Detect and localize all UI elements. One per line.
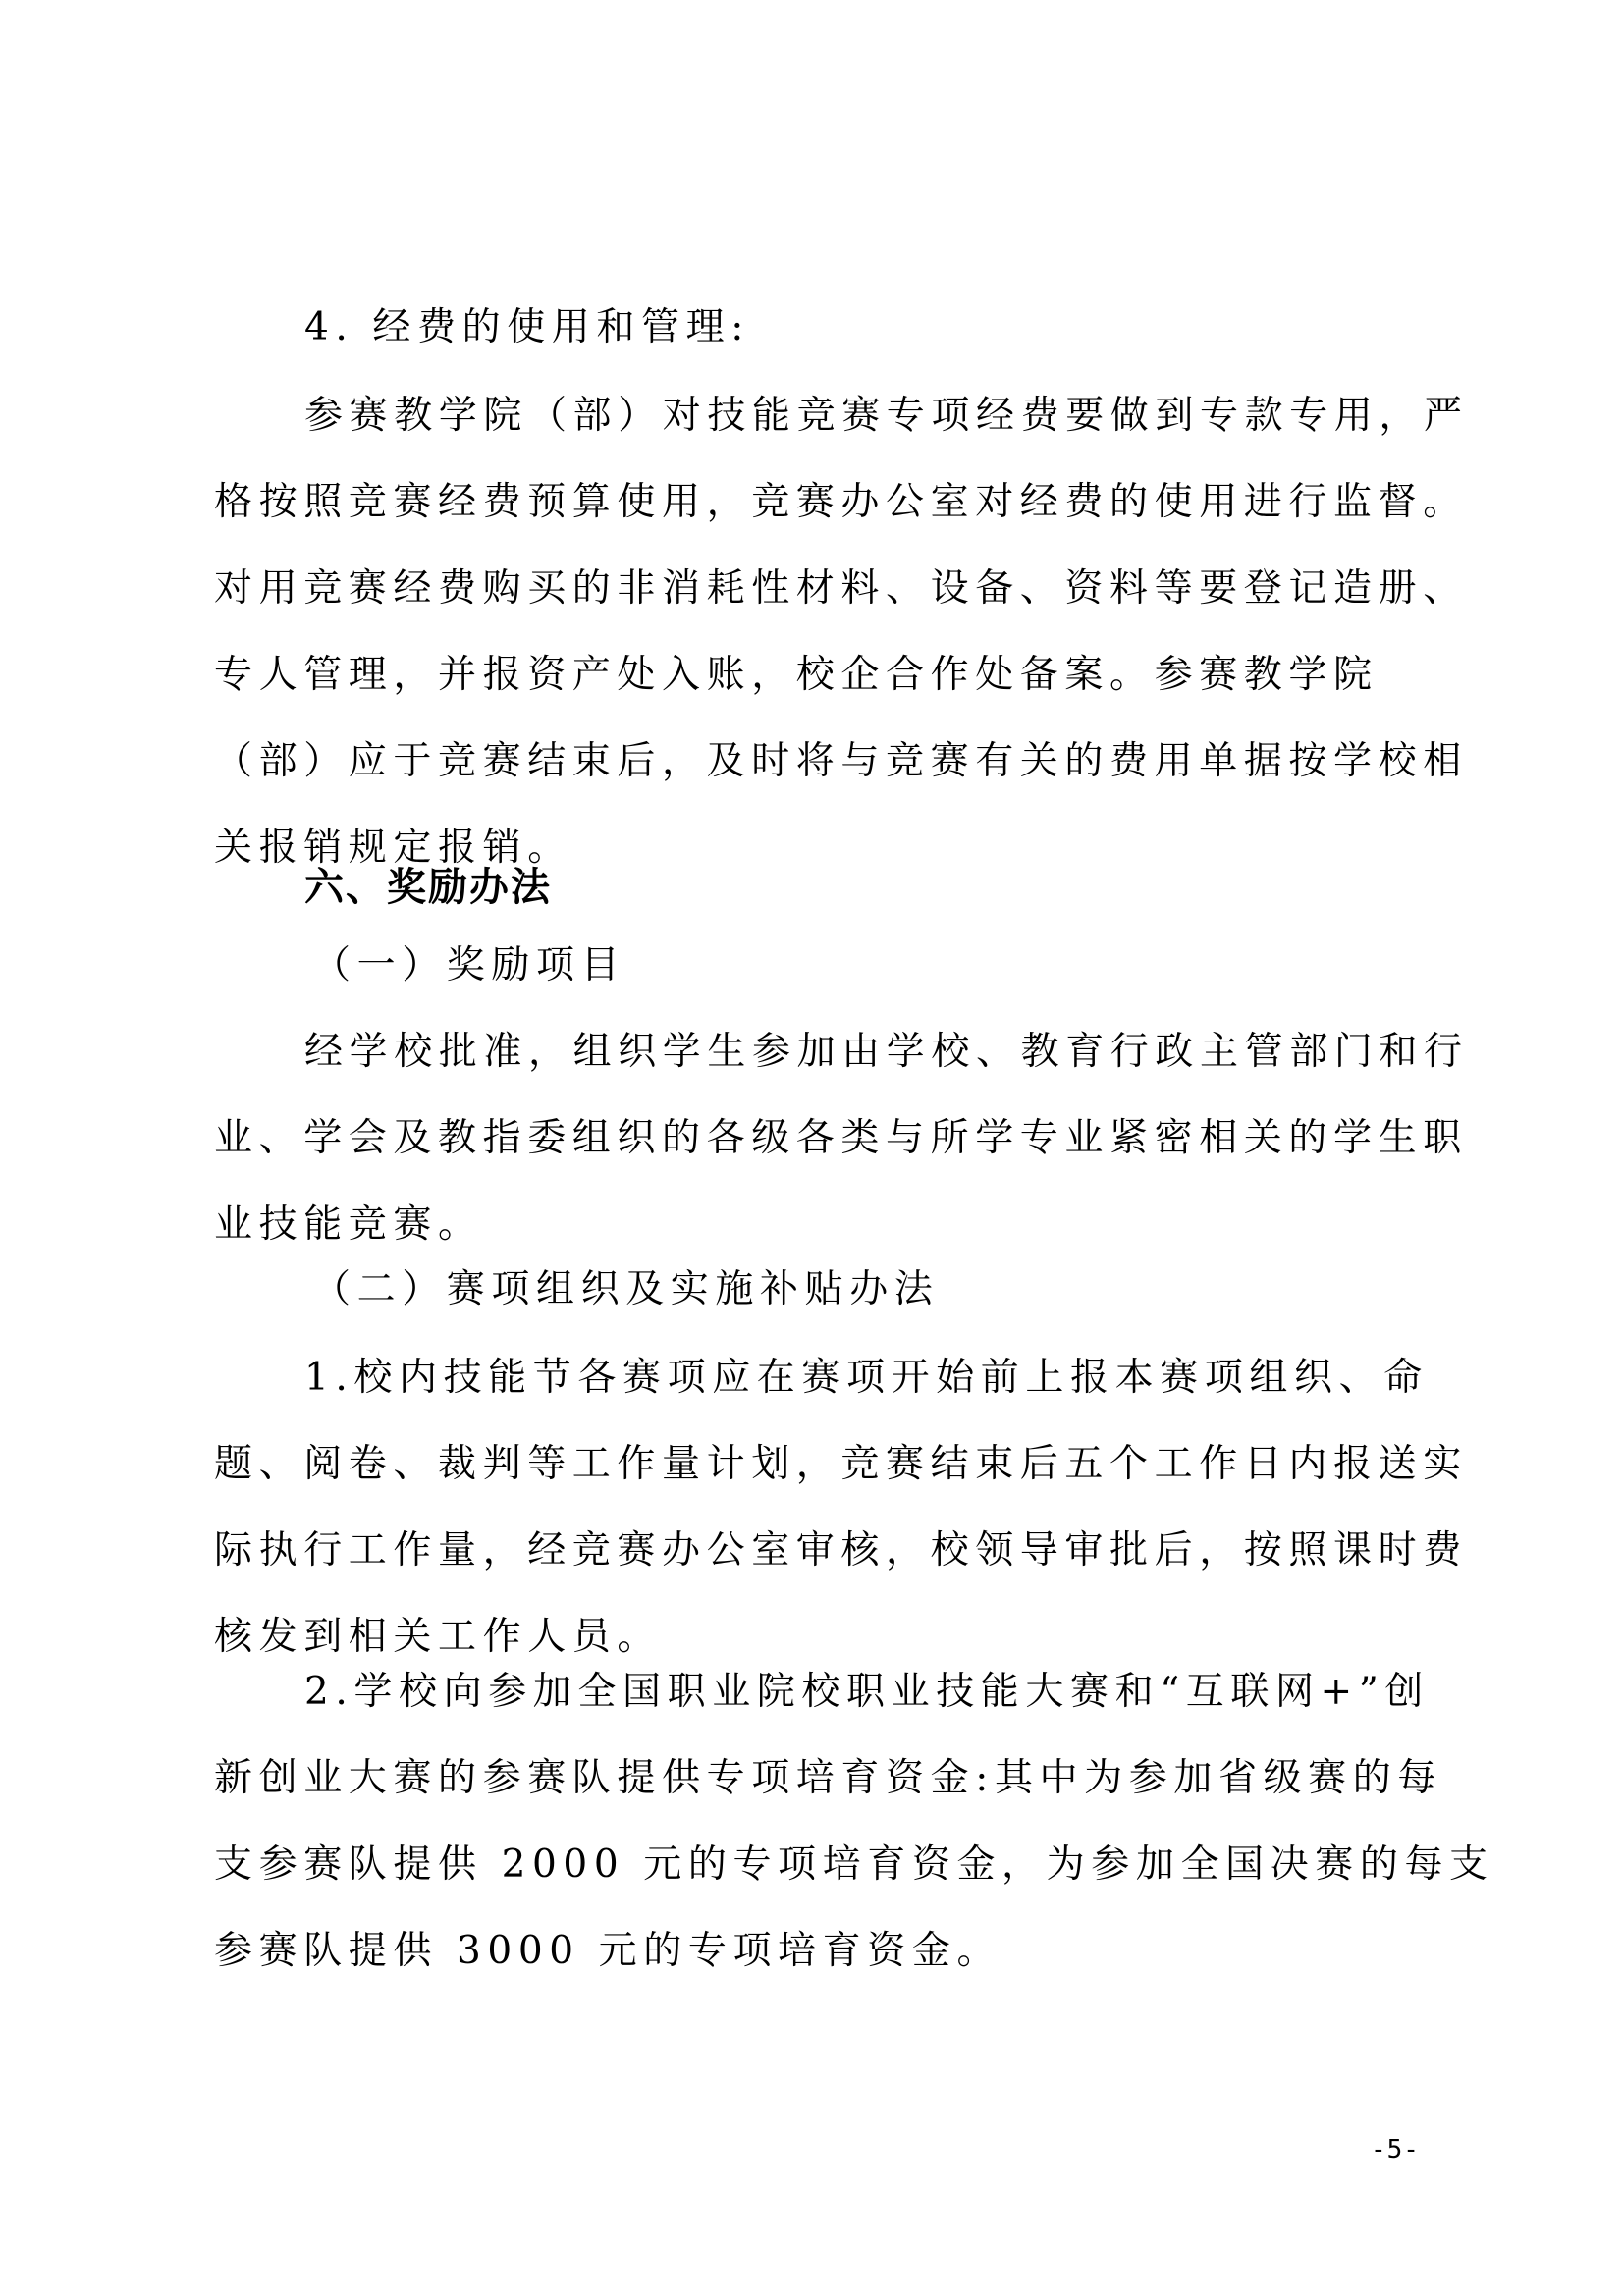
paragraph-line: 参赛队提供 3000 元的专项培育资金。: [214, 1928, 1001, 1975]
paragraph-line: 业技能竞赛。: [214, 1201, 483, 1249]
paragraph-line: 2.学校向参加全国职业院校职业技能大赛和“互联网+”创: [304, 1669, 1430, 1716]
paragraph-line: 支参赛队提供 2000 元的专项培育资金，为参加全国决赛的每支: [214, 1842, 1494, 1889]
subsection-title-subsidy-methods: （二）赛项组织及实施补贴办法: [312, 1266, 939, 1313]
paragraph-line: 格按照竞赛经费预算使用，竞赛办公室对经费的使用进行监督。: [214, 479, 1468, 526]
section-heading-rewards: 六、奖励办法: [304, 864, 552, 911]
paragraph-line: 新创业大赛的参赛队提供专项培育资金:其中为参加省级赛的每: [214, 1755, 1442, 1802]
paragraph-line: 际执行工作量，经竞赛办公室审核，校领导审批后，按照课时费: [214, 1527, 1468, 1575]
paragraph-line: 题、阅卷、裁判等工作量计划，竞赛结束后五个工作日内报送实: [214, 1441, 1468, 1488]
paragraph-line: 1.校内技能节各赛项应在赛项开始前上报本赛项组织、命: [304, 1355, 1429, 1402]
paragraph-line: 专人管理，并报资产处入账，校企合作处备案。参赛教学院: [214, 652, 1379, 699]
paragraph-line: 业、学会及教指委组织的各级各类与所学专业紧密相关的学生职: [214, 1115, 1468, 1162]
section-title-funding-management: 4. 经费的使用和管理:: [304, 304, 750, 351]
document-page: 4. 经费的使用和管理: 参赛教学院（部）对技能竞赛专项经费要做到专款专用，严 …: [0, 0, 1623, 2296]
subsection-title-reward-items: （一）奖励项目: [312, 942, 625, 989]
page-number: -5-: [1371, 2135, 1420, 2164]
paragraph-line: 经学校批准，组织学生参加由学校、教育行政主管部门和行: [304, 1029, 1469, 1076]
paragraph-line: 核发到相关工作人员。: [214, 1614, 662, 1661]
paragraph-line: 对用竞赛经费购买的非消耗性材料、设备、资料等要登记造册、: [214, 565, 1468, 613]
paragraph-line: （部）应于竞赛结束后，及时将与竞赛有关的费用单据按学校相: [214, 738, 1468, 785]
paragraph-line: 参赛教学院（部）对技能竞赛专项经费要做到专款专用，严: [304, 393, 1469, 440]
